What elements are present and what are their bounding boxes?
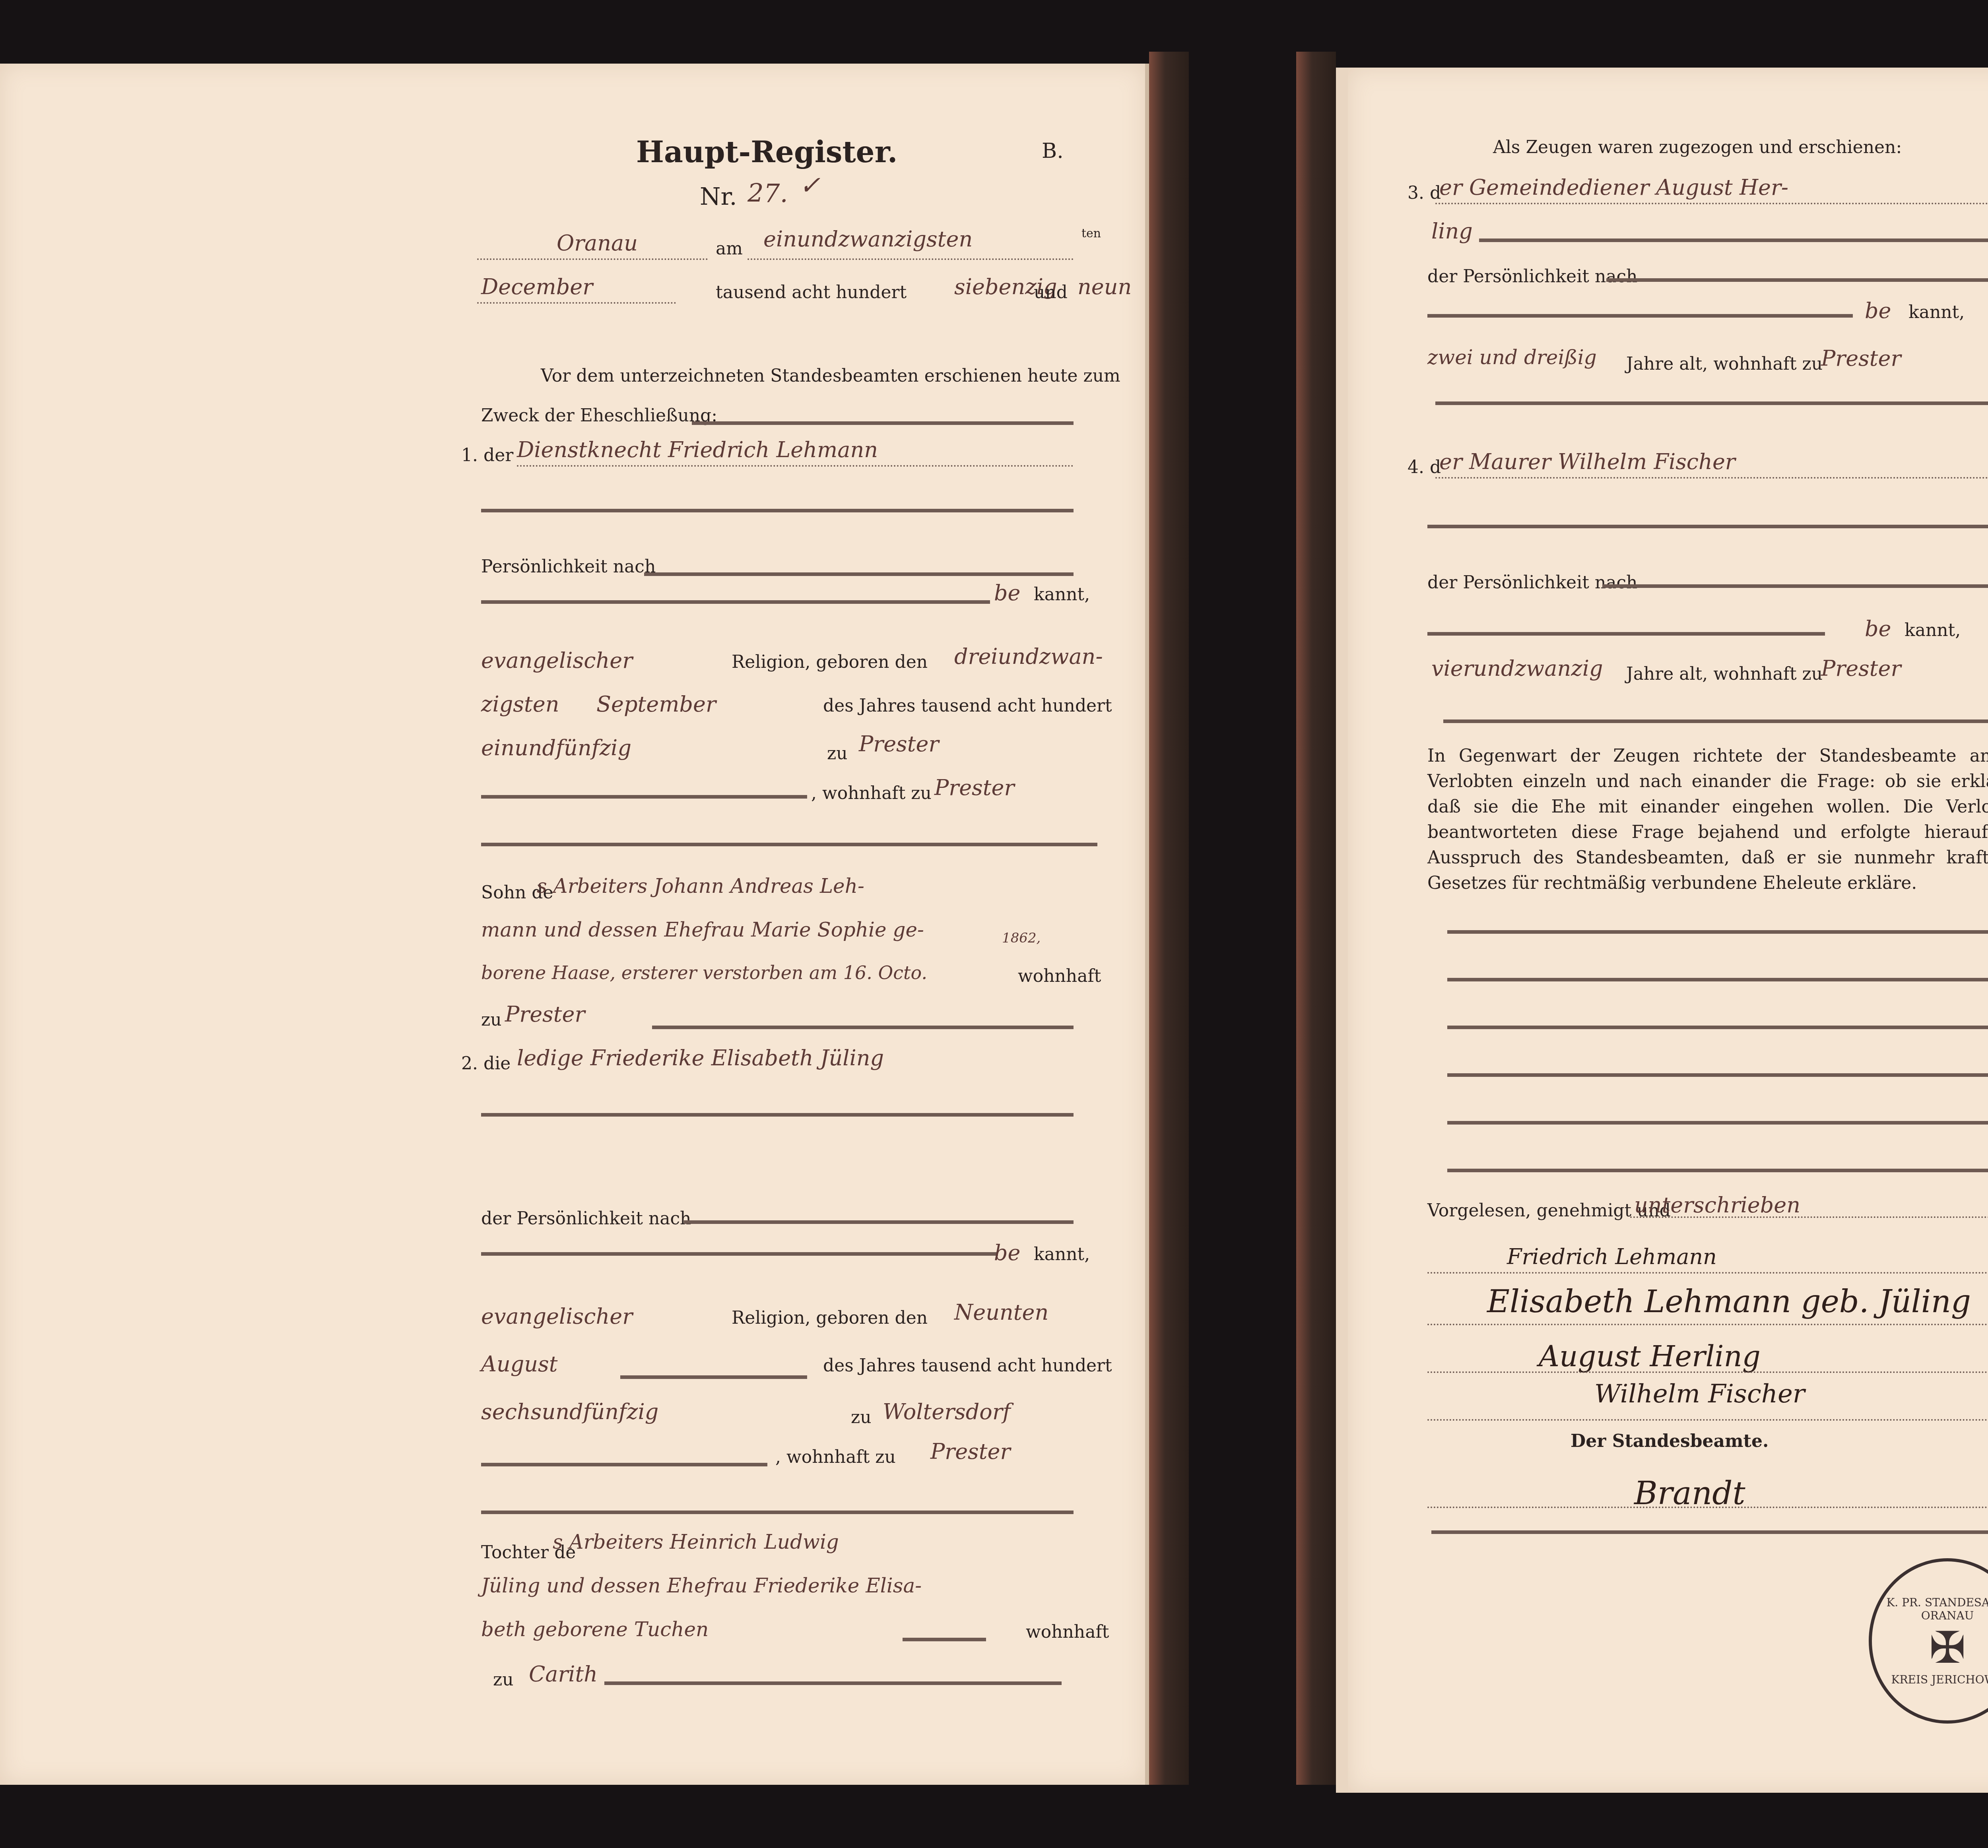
book-spine-left <box>1149 52 1189 1785</box>
bride-residence: Prester <box>930 1439 1010 1464</box>
bride-religion-label: Religion, geboren den <box>732 1308 928 1328</box>
check-mark-icon: ✓ <box>799 171 821 200</box>
bride-label: 2. die <box>461 1053 511 1074</box>
groom-father-death-year: 1862, <box>1002 930 1041 946</box>
groom-known-prefix: be <box>994 580 1021 605</box>
groom-parents-res-label: wohnhaft <box>1018 966 1101 986</box>
witness4-age-label: Jahre alt, wohnhaft zu <box>1626 664 1823 684</box>
witness3-label: 3. d <box>1408 183 1441 203</box>
marriage-month: December <box>481 274 593 299</box>
signature-witness3: August Herling <box>1539 1340 1761 1373</box>
series-letter: B. <box>1042 139 1064 163</box>
signature-bride: Elisabeth Lehmann geb. Jüling <box>1487 1284 1971 1320</box>
declaration-text: In Gegenwart der Zeugen richtete der Sta… <box>1427 743 1988 896</box>
bride-parents-2: Jüling und dessen Ehefrau Friederike Eli… <box>481 1574 922 1597</box>
witness3-name-cont: ling <box>1431 219 1473 244</box>
groom-identity-label: Persönlichkeit nach <box>481 557 656 577</box>
signature-witness4: Wilhelm Fischer <box>1594 1379 1805 1409</box>
register-title: Haupt-Register. <box>636 135 898 169</box>
witness3-age-label: Jahre alt, wohnhaft zu <box>1626 354 1823 374</box>
bride-identity-label: der Persönlichkeit nach <box>481 1208 691 1229</box>
bride-birth-month: August <box>481 1352 558 1377</box>
label-am: am <box>716 239 743 259</box>
bride-parents-3: beth geborene Tuchen <box>481 1618 709 1641</box>
intro-text-2: Zweck der Eheschließung: <box>481 405 717 426</box>
signature-groom: Friedrich Lehmann <box>1507 1244 1717 1269</box>
stamp-text-top: K. PR. STANDESAMT ORANAU <box>1872 1596 1988 1622</box>
label-und: und <box>1034 282 1068 303</box>
bride-parents-residence: Carith <box>529 1662 598 1687</box>
witness4-known-label: kannt, <box>1905 620 1961 640</box>
witness4-known-prefix: be <box>1865 616 1891 641</box>
bride-name: ledige Friederike Elisabeth Jüling <box>517 1045 884 1070</box>
groom-birth-month: September <box>596 692 716 717</box>
groom-parents-3: borene Haase, ersterer verstorben am 16.… <box>481 962 927 983</box>
intro-text: Vor dem unterzeichneten Standesbeamten e… <box>541 366 1120 386</box>
groom-birth-year: einundfünfzig <box>481 735 631 760</box>
witness4-label: 4. d <box>1408 457 1441 477</box>
groom-name: Dienstknecht Friedrich Lehmann <box>517 437 878 462</box>
book-spine-right <box>1296 52 1336 1785</box>
bride-birth-year: sechsundfünfzig <box>481 1399 658 1424</box>
bride-known-label: kannt, <box>1034 1244 1090 1264</box>
registry-place: Oranau <box>557 231 638 256</box>
marriage-day: einundzwanzigsten <box>763 227 973 252</box>
witness-intro: Als Zeugen waren zugezogen und erschiene… <box>1493 137 1902 157</box>
groom-birth-day: dreiundzwan- <box>954 644 1103 669</box>
read-approved-value: unterschrieben <box>1634 1193 1800 1218</box>
groom-residence: Prester <box>934 775 1014 800</box>
witness3-known-label: kannt, <box>1908 302 1965 322</box>
bride-birth-day: Neunten <box>954 1300 1048 1325</box>
groom-religion-label: Religion, geboren den <box>732 652 928 672</box>
groom-parents-residence: Prester <box>505 1002 585 1027</box>
groom-birthplace: Prester <box>859 731 939 756</box>
bride-birthplace-label: zu <box>851 1407 872 1427</box>
bride-parents-zu: zu <box>493 1670 514 1690</box>
registrar-label: Der Standesbeamte. <box>1571 1431 1769 1451</box>
groom-parents-1: s Arbeiters Johann Andreas Leh- <box>537 875 864 898</box>
groom-label: 1. der <box>461 445 513 465</box>
groom-parents-zu: zu <box>481 1010 502 1030</box>
witness4-name: er Maurer Wilhelm Fischer <box>1439 449 1736 474</box>
stamp-text-bottom: KREIS JERICHOW I <box>1872 1673 1988 1686</box>
bride-year-label: des Jahres tausend acht hundert <box>823 1355 1112 1376</box>
groom-residence-label: , wohnhaft zu <box>811 783 932 803</box>
witness4-age: vierundzwanzig <box>1431 656 1603 681</box>
bride-birthplace: Woltersdorf <box>883 1399 1011 1424</box>
register-page-left: Haupt-Register. B. Nr. 27. ✓ Oranau am e… <box>0 64 1149 1785</box>
register-page-right: Als Zeugen waren zugezogen und erschiene… <box>1336 68 1988 1793</box>
entry-number-label: Nr. <box>700 183 737 211</box>
witness3-identity-label: der Persönlichkeit nach <box>1427 266 1637 287</box>
groom-religion: evangelischer <box>481 648 633 673</box>
bride-religion: evangelischer <box>481 1304 633 1329</box>
groom-parents-2: mann und dessen Ehefrau Marie Sophie ge- <box>481 918 924 941</box>
label-ten: ten <box>1081 227 1101 240</box>
groom-birthplace-label: zu <box>827 743 848 764</box>
witness4-identity-label: der Persönlichkeit nach <box>1427 572 1637 593</box>
witness3-residence: Prester <box>1821 346 1901 371</box>
groom-birth-day-cont: zigsten <box>481 692 559 717</box>
label-year: tausend acht hundert <box>716 282 907 303</box>
witness3-age: zwei und dreißig <box>1427 346 1597 369</box>
bride-known-prefix: be <box>994 1240 1021 1265</box>
witness3-name: er Gemeindediener August Her- <box>1439 175 1788 200</box>
eagle-emblem-icon: ✠ <box>1872 1622 1988 1673</box>
bride-parents-1: s Arbeiters Heinrich Ludwig <box>553 1530 839 1553</box>
entry-number: 27. <box>747 179 788 208</box>
groom-known-label: kannt, <box>1034 584 1090 605</box>
groom-year-label: des Jahres tausend acht hundert <box>823 696 1112 716</box>
witness3-known-prefix: be <box>1865 298 1891 323</box>
witness4-residence: Prester <box>1821 656 1901 681</box>
marriage-year-units: neun <box>1077 274 1132 299</box>
bride-residence-label: , wohnhaft zu <box>775 1447 896 1467</box>
bride-parents-res-label: wohnhaft <box>1026 1622 1109 1642</box>
